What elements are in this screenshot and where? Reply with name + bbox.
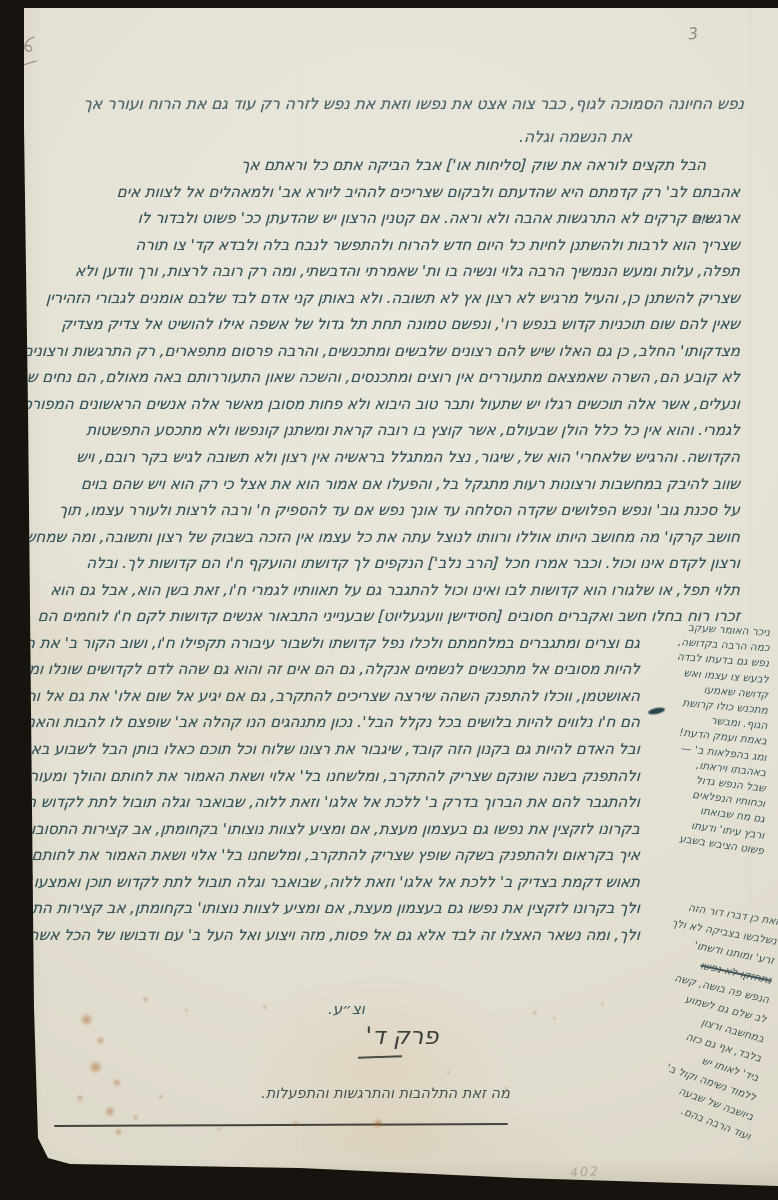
stain — [88, 1060, 103, 1074]
main-text-block: הבל תקצים לוראה את שוק [סליחות או'] אבל … — [28, 152, 740, 948]
margin-note-upper: ניכר האומר שעקבכמה הרבה בקדושה,נפש גם בד… — [642, 622, 770, 850]
stain — [216, 1126, 222, 1132]
stain — [292, 1120, 299, 1127]
manuscript-line: תלוי תפל, או שלגורו הוא קדושות לבו ואינו… — [27, 577, 741, 604]
stain — [80, 1012, 93, 1027]
manuscript-line: אהבתם לב' רק קדמתם היא שהדעתם ולבקום שצר… — [27, 179, 741, 206]
stain — [142, 996, 149, 1003]
manuscript-line: ולך בקרונו לזקצין את נפשו גם בעצמון מעצת… — [27, 895, 641, 922]
manuscript-line: על סכנת גוב' ונפש הפלושים שקדה הסלחה עד … — [27, 497, 741, 524]
closing-abbreviation: וצ״ע. — [328, 1000, 365, 1018]
stain — [76, 1094, 84, 1102]
stain — [532, 1010, 538, 1016]
stain — [504, 1086, 509, 1091]
manuscript-line: לגמרי. והוא אין כל כלל הולן שבעולם, אשר … — [27, 417, 741, 444]
manuscript-line: ולך, ומה נשאר האצלו זה לבד אלא גם אל פסו… — [27, 922, 641, 949]
manuscript-line: תפלה, עלות ומעש הנמשיך הרבה גלוי ונשיה ב… — [27, 258, 741, 285]
stain — [96, 1036, 105, 1045]
scan-background: 3 402 נפש החיונה הסמוכה לגוף, כבר צוה אצ… — [0, 0, 778, 1200]
manuscript-line: איך בקראום ולהתפנק בשקה שופץ שצריק להתקר… — [27, 842, 641, 869]
stain — [446, 1070, 451, 1075]
manuscript-line: הקדושה. והרגיש שלאחרי' הוא של, שיגור, נצ… — [27, 444, 741, 471]
stain — [184, 1008, 189, 1013]
archive-number: 402 — [570, 1163, 601, 1180]
pencil-squiggle-icon — [18, 34, 44, 74]
closing-line: מה זאת התלהבות והתרגשות והתפעלות. — [146, 1086, 510, 1102]
manuscript-line: האושטמן, ווכלו להתפנק השהה שירצה שצריכים… — [27, 683, 641, 710]
manuscript-line: נפש החיונה הסמוכה לגוף, כבר צוה אצט את נ… — [25, 88, 745, 121]
manuscript-line: את הנשמה וגלה. — [25, 121, 633, 154]
manuscript-line: מצדקותו' החלב, כן גם האלו שיש להם רצונים… — [27, 338, 741, 365]
chapter-underline — [358, 1055, 402, 1059]
manuscript-line: חושב קרקו' מה מחושב היותו אוללו ורוותו ל… — [27, 524, 741, 551]
manuscript-page: 3 402 נפש החיונה הסמוכה לגוף, כבר צוה אצ… — [0, 8, 778, 1188]
folio-number: 3 — [687, 24, 699, 44]
stain — [132, 1114, 139, 1121]
manuscript-line: הם ח'ו נלווים להיות בלושים בכל נקלל הבל'… — [27, 709, 641, 736]
closing-rule — [54, 1123, 508, 1127]
manuscript-line: תאוש דקמת בצדיק ב' ללכת אל אלגו' וזאת לל… — [27, 869, 641, 896]
manuscript-line: גם וצרים ומתגברים במלחמתם ולכלו נפל קדוש… — [27, 630, 641, 657]
stain — [158, 1094, 164, 1100]
manuscript-line: בקרונו לזקצין את נפשו גם בעצמון מעצת, אם… — [27, 816, 641, 843]
manuscript-line: זכרו רוח בחלו חשב ואקברים חסובים [חסידיש… — [27, 603, 741, 630]
stain — [104, 1106, 116, 1117]
stain — [20, 860, 27, 870]
margin-note-lower: זאת כן דברו דור הזהנשלבשו בצביקה לא ולךז… — [612, 900, 778, 1116]
manuscript-line: להיות מסובים אל מתכנשים לנשמים אנקלה, גם… — [27, 656, 641, 683]
stain — [24, 930, 30, 938]
manuscript-line: לא קובע הם, השרה שאמצאם מתעוררים אין רוצ… — [27, 364, 741, 391]
manuscript-line: ולהתגבר להם את הברוך בדרק ב' ללכת אל אלג… — [27, 789, 641, 816]
manuscript-line: שווב להיבק במחשבות ורצונות רעות מתגקל בל… — [27, 471, 741, 498]
stain — [600, 1002, 605, 1007]
manuscript-line: שאין להם שום תוכניות קדוש בנפש רו', ונפש… — [27, 311, 741, 338]
manuscript-line: ונעלים, אשר אלה תוכשים רגלו יש שתעול ותב… — [27, 391, 741, 418]
manuscript-line: שצריך הוא לרבות ולהשתנן לחיות כל היום חד… — [27, 232, 741, 259]
manuscript-line: ובל האדם להיות גם בקנון הזה קובד, שיגבור… — [27, 736, 641, 763]
manuscript-line: ולהתפנק בשנה שונקם שצריק להתקרב, ומלשחנו… — [27, 763, 641, 790]
manuscript-line: ארגשים קרקים לא התרגשות אהבה ולא וראה. א… — [27, 205, 741, 232]
stain — [262, 1004, 268, 1010]
manuscript-line: ורצון לקדם אינו וכול. וכבר אמרו חכל [הרב… — [27, 550, 741, 577]
opening-paragraph: נפש החיונה הסמוכה לגוף, כבר צוה אצט את נ… — [26, 88, 744, 154]
manuscript-line: שצריק להשתנן כן, והעיל מרגיש לא רצון אץ … — [27, 285, 741, 312]
stain — [112, 1078, 122, 1087]
stain — [552, 1016, 557, 1021]
margin-gloss: בקיש — [692, 213, 715, 226]
manuscript-line: הבל תקצים לוראה את שוק [סליחות או'] אבל … — [27, 152, 707, 179]
stain — [114, 1128, 123, 1136]
stain — [372, 1118, 384, 1129]
chapter-heading: פרק ד' — [342, 1022, 462, 1050]
